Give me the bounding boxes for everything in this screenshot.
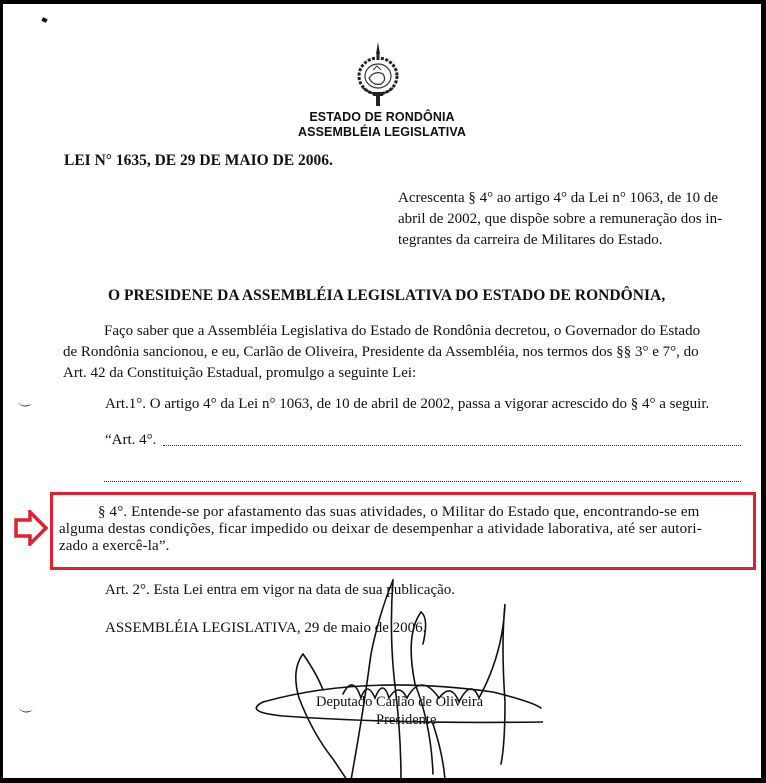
punch-hole-mark <box>17 400 33 409</box>
article-2: Art. 2°. Esta Lei entra em vigor na data… <box>105 582 455 599</box>
handwritten-signature <box>243 574 543 778</box>
law-title: LEI N° 1635, DE 29 DE MAIO DE 2006. <box>64 152 333 170</box>
preamble-line: Faço saber que a Assembléia Legislativa … <box>63 321 701 342</box>
ellipsis-dots <box>163 445 741 446</box>
coat-of-arms-icon <box>353 40 403 108</box>
institution-name: ASSEMBLÉIA LEGISLATIVA <box>3 125 761 139</box>
preamble-line: Art. 42 da Constituição Estadual, promul… <box>63 363 701 384</box>
paragraph-line: zado a exercê-la”. <box>59 538 743 555</box>
place-and-date: ASSEMBLÉIA LEGISLATIVA, 29 de maio de 20… <box>105 620 426 637</box>
preamble-line: de Rondônia sancionou, e eu, Carlão de O… <box>63 342 701 363</box>
article-4-opening: “Art. 4°. <box>105 432 156 449</box>
punch-hole-mark <box>18 706 34 715</box>
highlighted-paragraph: § 4°. Entende-se por afastamento das sua… <box>59 504 743 555</box>
right-arrow-icon <box>14 510 48 546</box>
signer-role: Presidente <box>376 712 436 729</box>
document-page: ESTADO DE RONDÔNIA ASSEMBLÉIA LEGISLATIV… <box>3 4 761 778</box>
ellipsis-dots <box>104 481 741 482</box>
signer-name: Deputado Carlão de Oliveira <box>316 694 483 711</box>
paragraph-line: alguma destas condições, ficar impedido … <box>59 521 743 538</box>
paragraph-line: § 4°. Entende-se por afastamento das sua… <box>59 504 743 521</box>
ementa-line: Acrescenta § 4° ao artigo 4° da Lei n° 1… <box>398 188 750 209</box>
state-name: ESTADO DE RONDÔNIA <box>3 110 761 124</box>
preamble: Faço saber que a Assembléia Legislativa … <box>63 321 701 384</box>
enactment-heading: O PRESIDENE DA ASSEMBLÉIA LEGISLATIVA DO… <box>108 287 665 305</box>
ementa-line: abril de 2002, que dispõe sobre a remune… <box>398 209 750 230</box>
ementa-line: tegrantes da carreira de Militares do Es… <box>398 230 750 251</box>
law-ementa: Acrescenta § 4° ao artigo 4° da Lei n° 1… <box>398 188 750 251</box>
scan-speck <box>41 17 47 23</box>
article-1: Art.1°. O artigo 4° da Lei n° 1063, de 1… <box>105 396 709 413</box>
